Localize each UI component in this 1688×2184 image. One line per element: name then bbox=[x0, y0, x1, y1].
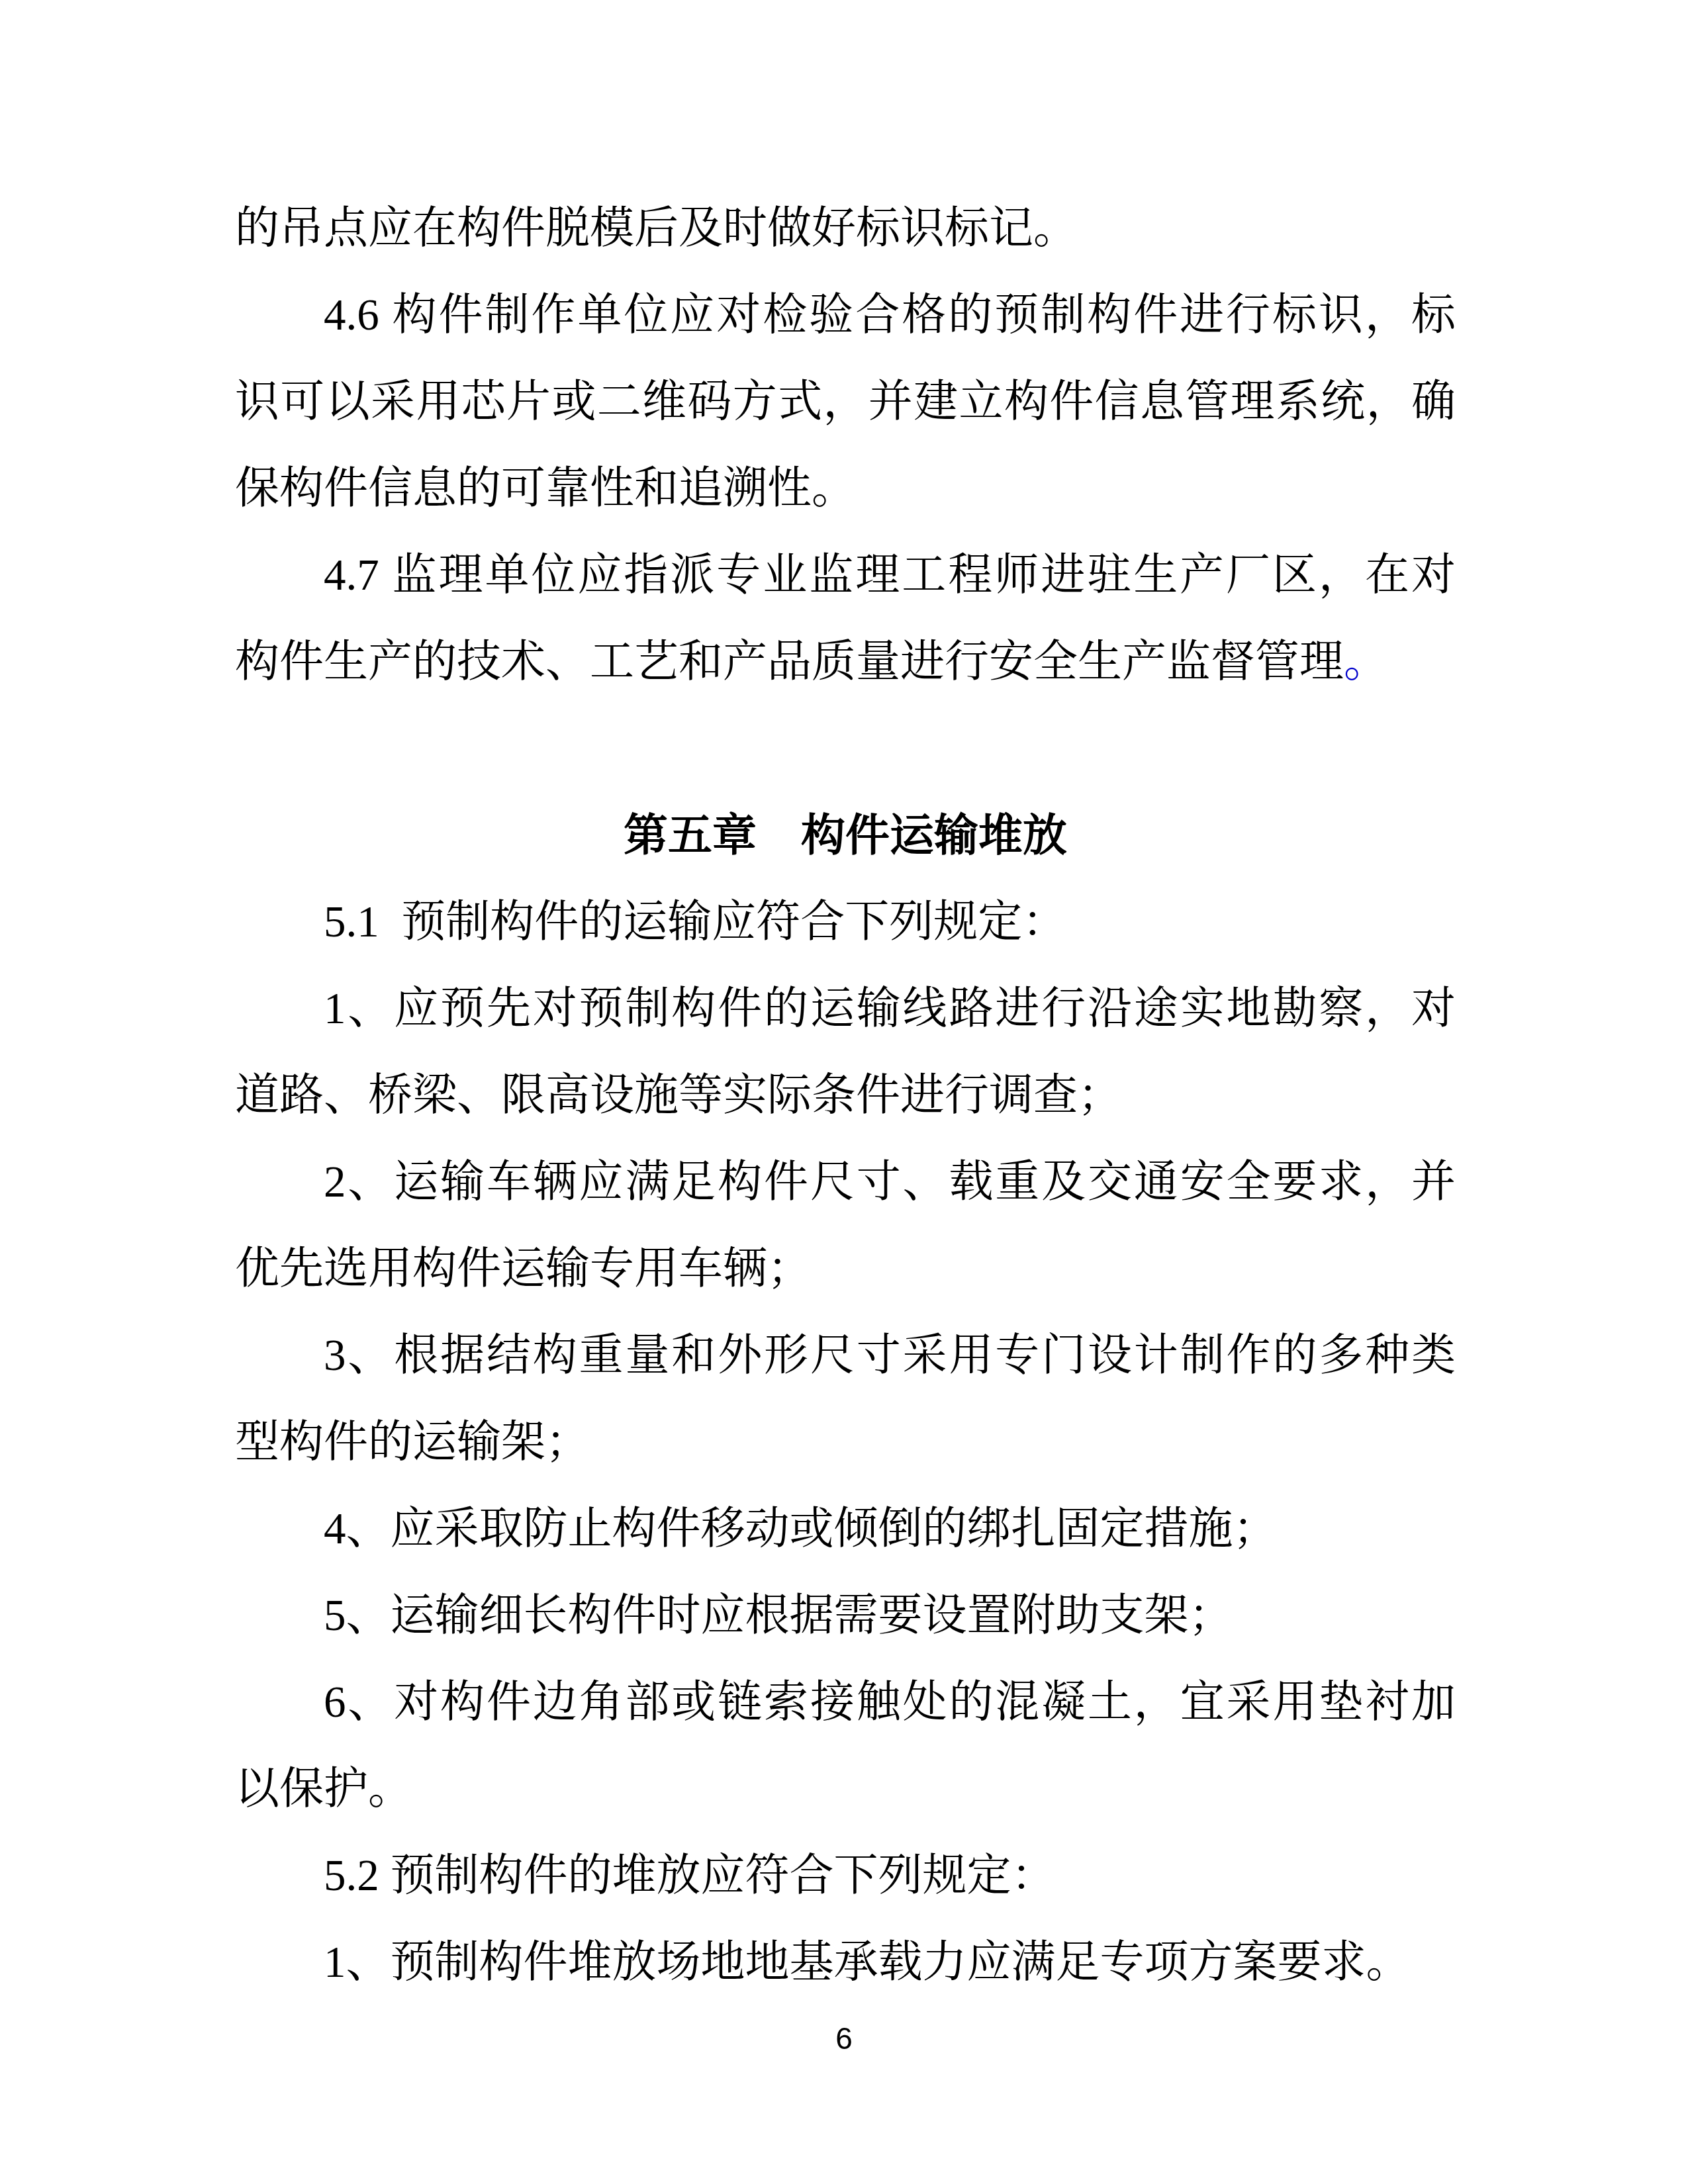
text-line: 4.7 监理单位应指派专业监理工程师进驻生产厂区，在对 bbox=[235, 532, 1456, 619]
text-line: 4.6 构件制作单位应对检验合格的预制构件进行标识，标 bbox=[235, 272, 1456, 359]
text-line: 6、对构件边角部或链索接触处的混凝土，宜采用垫衬加 bbox=[235, 1659, 1456, 1746]
text-line: 保构件信息的可靠性和追溯性。 bbox=[235, 445, 1456, 532]
text-line: 型构件的运输架； bbox=[235, 1399, 1456, 1486]
text-line: 2、运输车辆应满足构件尺寸、载重及交通安全要求，并 bbox=[235, 1139, 1456, 1226]
page-number: 6 bbox=[0, 2020, 1688, 2057]
text-line: 3、根据结构重量和外形尺寸采用专门设计制作的多种类 bbox=[235, 1312, 1456, 1399]
text-line: 1、预制构件堆放场地地基承载力应满足专项方案要求。 bbox=[235, 1919, 1456, 2006]
text-line: 5.1 预制构件的运输应符合下列规定： bbox=[235, 879, 1456, 966]
blue-period: 。 bbox=[1344, 637, 1388, 686]
text-line: 4、应采取防止构件移动或倾倒的绑扎固定措施； bbox=[235, 1486, 1456, 1572]
text-segment: 构件生产的技术、工艺和产品质量进行安全生产监督管理 bbox=[235, 637, 1344, 686]
document-page: 的吊点应在构件脱模后及时做好标识标记。 4.6 构件制作单位应对检验合格的预制构… bbox=[0, 0, 1688, 2184]
document-body: 的吊点应在构件脱模后及时做好标识标记。 4.6 构件制作单位应对检验合格的预制构… bbox=[235, 185, 1456, 2006]
text-line: 5.2 预制构件的堆放应符合下列规定： bbox=[235, 1833, 1456, 1919]
text-line: 5、运输细长构件时应根据需要设置附助支架； bbox=[235, 1572, 1456, 1659]
text-line: 优先选用构件运输专用车辆； bbox=[235, 1226, 1456, 1312]
text-line: 以保护。 bbox=[235, 1746, 1456, 1833]
text-line: 识可以采用芯片或二维码方式，并建立构件信息管理系统，确 bbox=[235, 359, 1456, 445]
chapter-heading: 第五章 构件运输堆放 bbox=[235, 792, 1456, 879]
text-line: 道路、桥梁、限高设施等实际条件进行调查； bbox=[235, 1052, 1456, 1139]
text-line: 1、应预先对预制构件的运输线路进行沿途实地勘察，对 bbox=[235, 966, 1456, 1052]
text-line: 的吊点应在构件脱模后及时做好标识标记。 bbox=[235, 185, 1456, 272]
text-line: 构件生产的技术、工艺和产品质量进行安全生产监督管理。 bbox=[235, 619, 1456, 705]
